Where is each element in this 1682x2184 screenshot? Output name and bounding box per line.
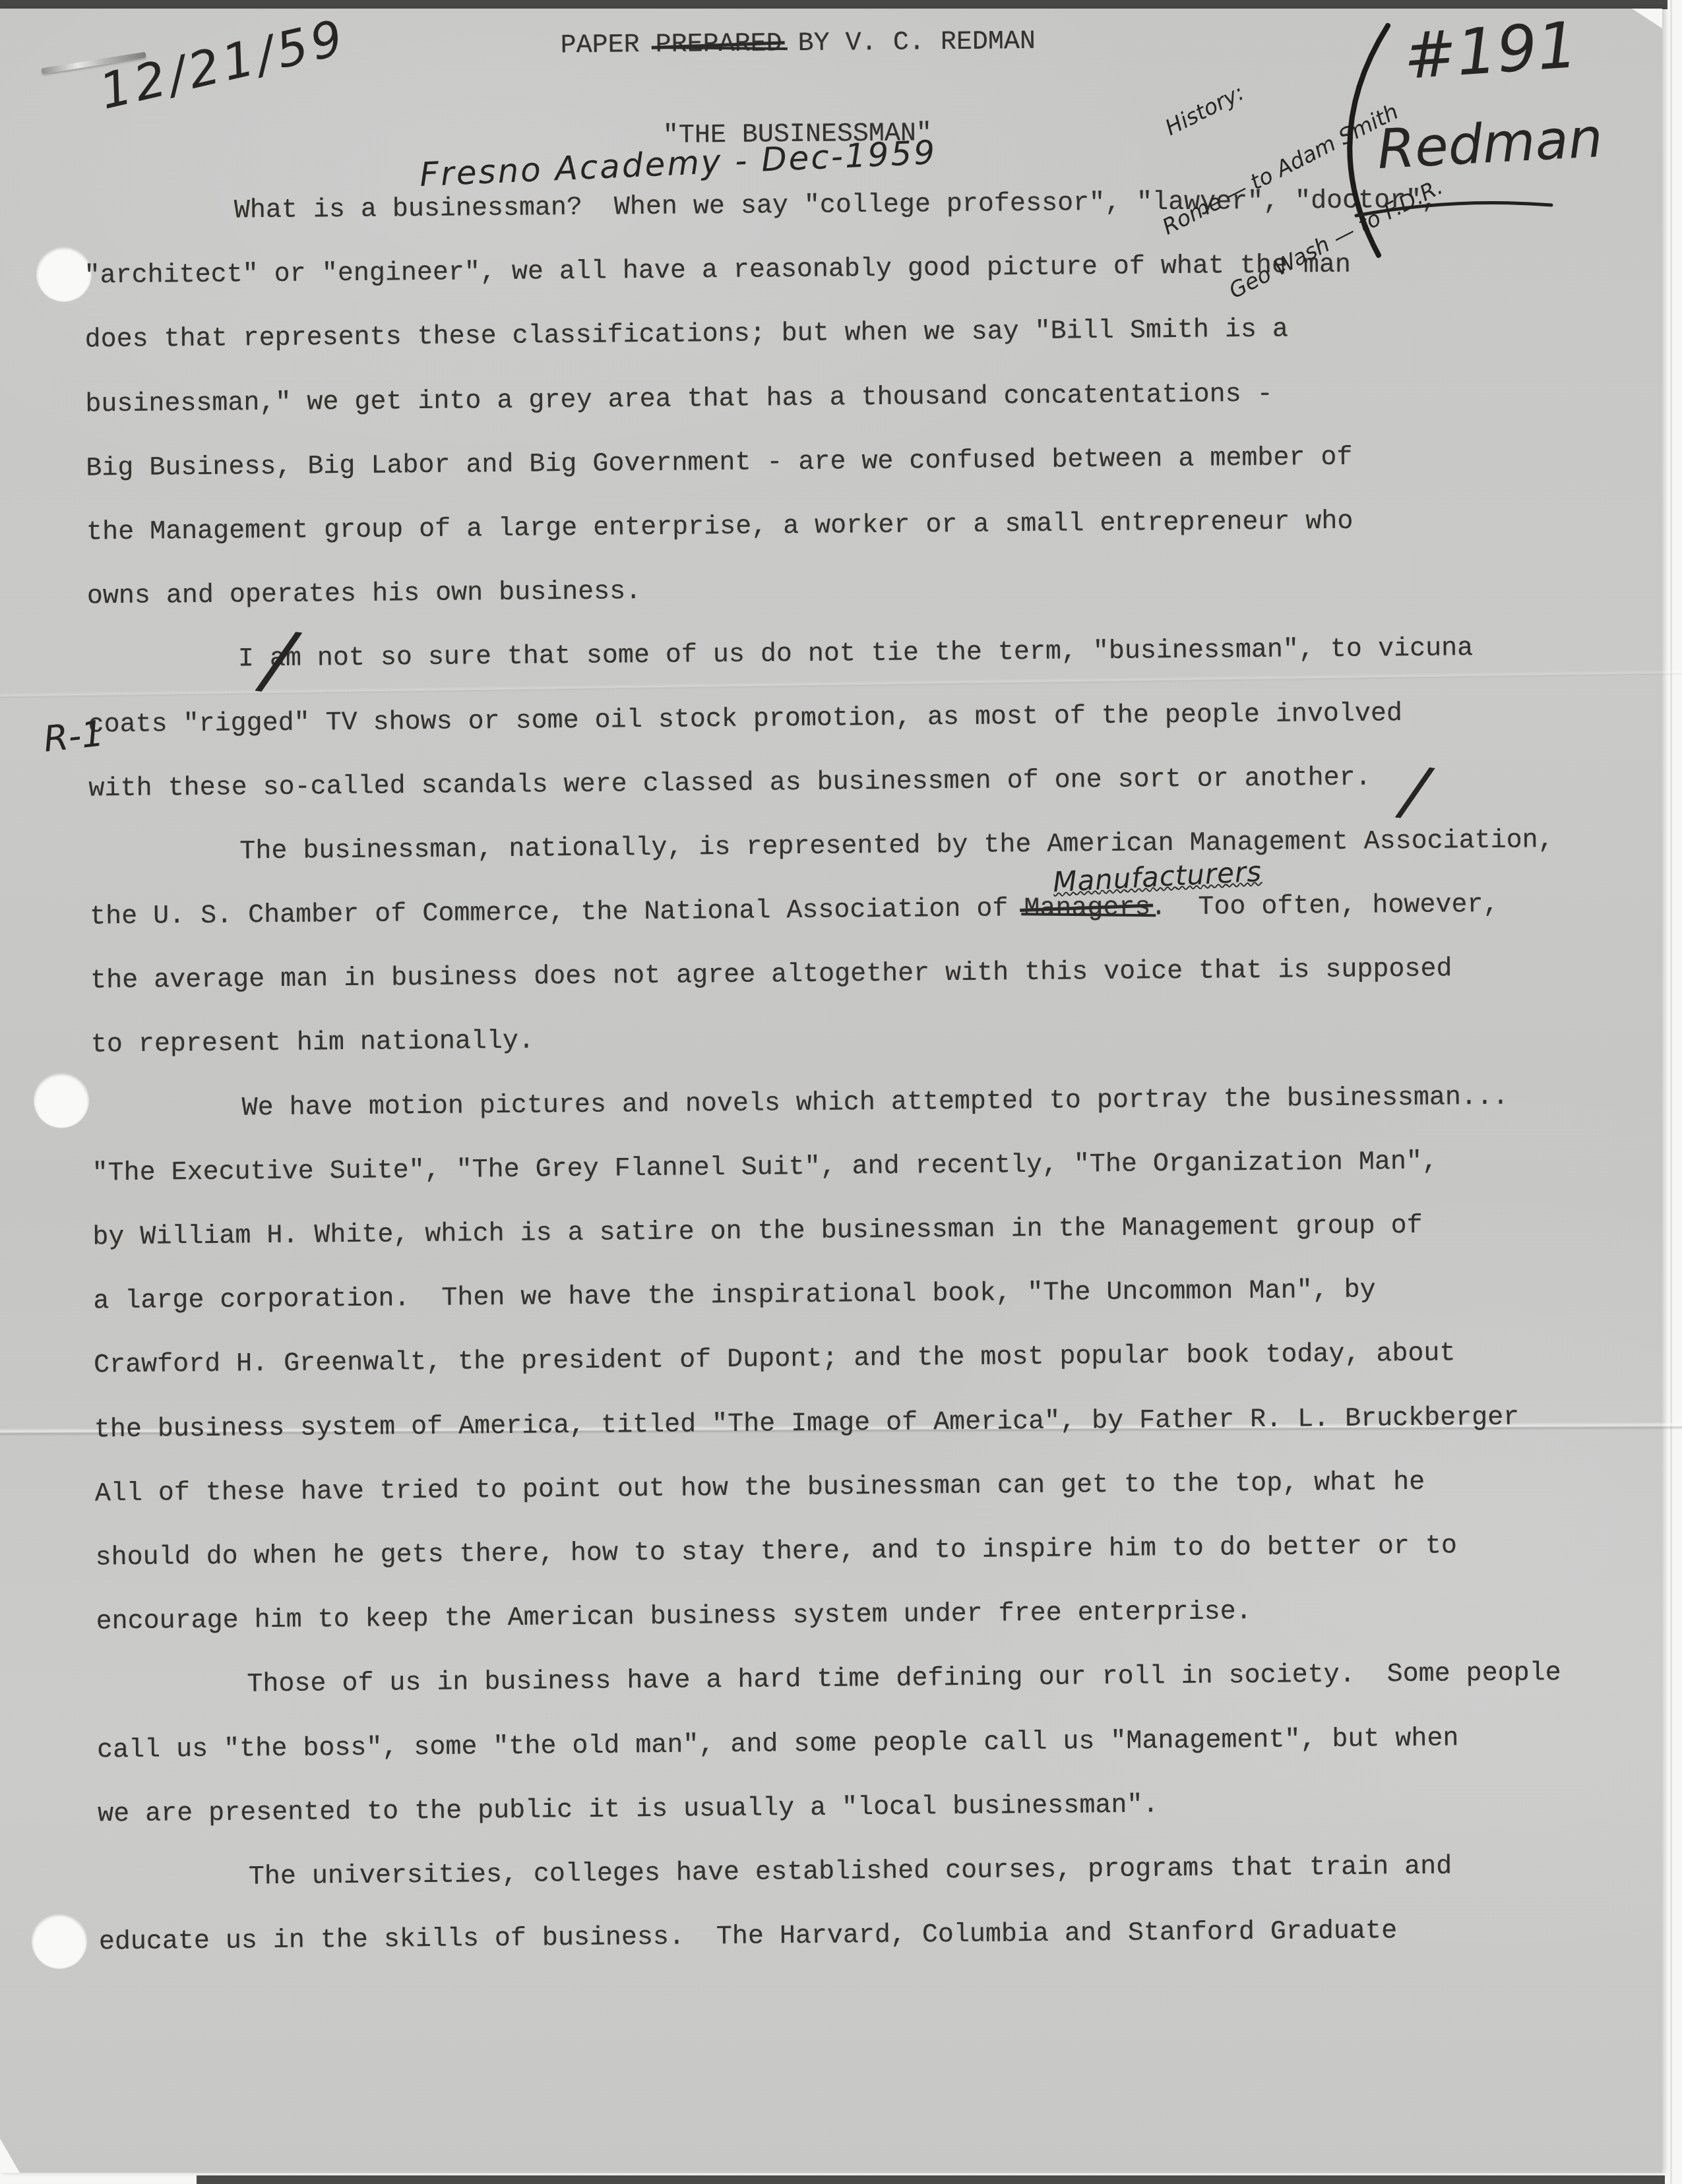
typed-text: call us "the boss", some "the old man", … xyxy=(97,1724,1459,1765)
typed-text: BY V. C. REDMAN xyxy=(782,27,1036,59)
typed-text: All of these have tried to point out how… xyxy=(95,1468,1425,1509)
typed-text: . Too often, however, xyxy=(1150,890,1499,923)
typed-line: I am not so sure that some of us do not … xyxy=(87,616,1605,693)
typed-text: we are presented to the public it is usu… xyxy=(98,1790,1159,1829)
typed-text: the Management group of a large enterpri… xyxy=(86,507,1354,548)
typed-line: educate us in the skills of business. Th… xyxy=(98,1897,1616,1974)
typed-text: We have motion pictures and novels which… xyxy=(242,1082,1509,1123)
scan-stage: PAPER PREPARED BY V. C. REDMAN "THE BUSI… xyxy=(0,0,1682,2184)
typed-line: the average man in business does not agr… xyxy=(90,936,1608,1014)
typed-line: Those of us in business have a hard time… xyxy=(96,1641,1614,1718)
typed-text: PAPER xyxy=(561,30,656,61)
typed-text: the average man in business does not agr… xyxy=(90,955,1452,996)
handwritten-file-number: #191 xyxy=(1401,8,1580,94)
handwritten-file-name: Redman xyxy=(1376,107,1604,181)
typed-text: to represent him nationally. xyxy=(91,1027,534,1060)
typed-header: PAPER PREPARED BY V. C. REDMAN xyxy=(561,27,1036,61)
struck-typed-word: PREPARED xyxy=(656,29,782,60)
typed-line: coats "rigged" TV shows or some oil stoc… xyxy=(88,680,1605,757)
typed-text: the U. S. Chamber of Commerce, the Natio… xyxy=(90,894,1024,932)
typed-text: businessman," we get into a grey area th… xyxy=(85,379,1273,419)
typed-text: I am not so sure that some of us do not … xyxy=(238,634,1474,674)
typed-line: by William H. White, which is a satire o… xyxy=(92,1192,1610,1269)
typed-line: call us "the boss", some "the old man", … xyxy=(97,1705,1615,1782)
typed-text: The businessman, nationally, is represen… xyxy=(239,826,1554,866)
typed-text: The universities, colleges have establis… xyxy=(249,1852,1452,1892)
scanner-edge-bottom xyxy=(197,2175,1665,2184)
typed-text: "The Executive Suite", "The Grey Flannel… xyxy=(92,1147,1438,1188)
underline-flourish xyxy=(1354,195,1558,221)
typed-text: a large corporation. Then we have the in… xyxy=(93,1276,1376,1317)
scanned-document-page: { "page": { "paper_color": "#c8c9c7", "i… xyxy=(0,0,1682,2184)
typed-text: encourage him to keep the American busin… xyxy=(96,1597,1252,1637)
typed-text: Big Business, Big Labor and Big Governme… xyxy=(86,442,1353,483)
paper-sheet: PAPER PREPARED BY V. C. REDMAN "THE BUSI… xyxy=(0,9,1662,2173)
typed-text: owns and operates his own business. xyxy=(87,577,642,611)
handwritten-margin-code: R-1 xyxy=(42,712,106,760)
typed-text: does that represents these classificatio… xyxy=(84,315,1288,355)
typed-text: Those of us in business have a hard time… xyxy=(247,1658,1561,1699)
typed-text-layer: PAPER PREPARED BY V. C. REDMAN "THE BUSI… xyxy=(0,0,1679,2173)
typed-text: Crawford H. Greenwalt, the president of … xyxy=(94,1339,1456,1381)
typed-text: educate us in the skills of business. Th… xyxy=(99,1916,1398,1957)
typed-body: What is a businessman? When we say "coll… xyxy=(83,167,1616,1974)
typed-text: with these so-called scandals were class… xyxy=(88,763,1371,804)
typed-text: by William H. White, which is a satire o… xyxy=(92,1211,1423,1253)
typed-line: should do when he gets there, how to sta… xyxy=(95,1513,1613,1590)
typed-text: should do when he gets there, how to sta… xyxy=(96,1531,1458,1573)
typed-text: "architect" or "engineer", we all have a… xyxy=(84,251,1352,291)
typed-text: the business system of America, titled "… xyxy=(94,1403,1520,1445)
